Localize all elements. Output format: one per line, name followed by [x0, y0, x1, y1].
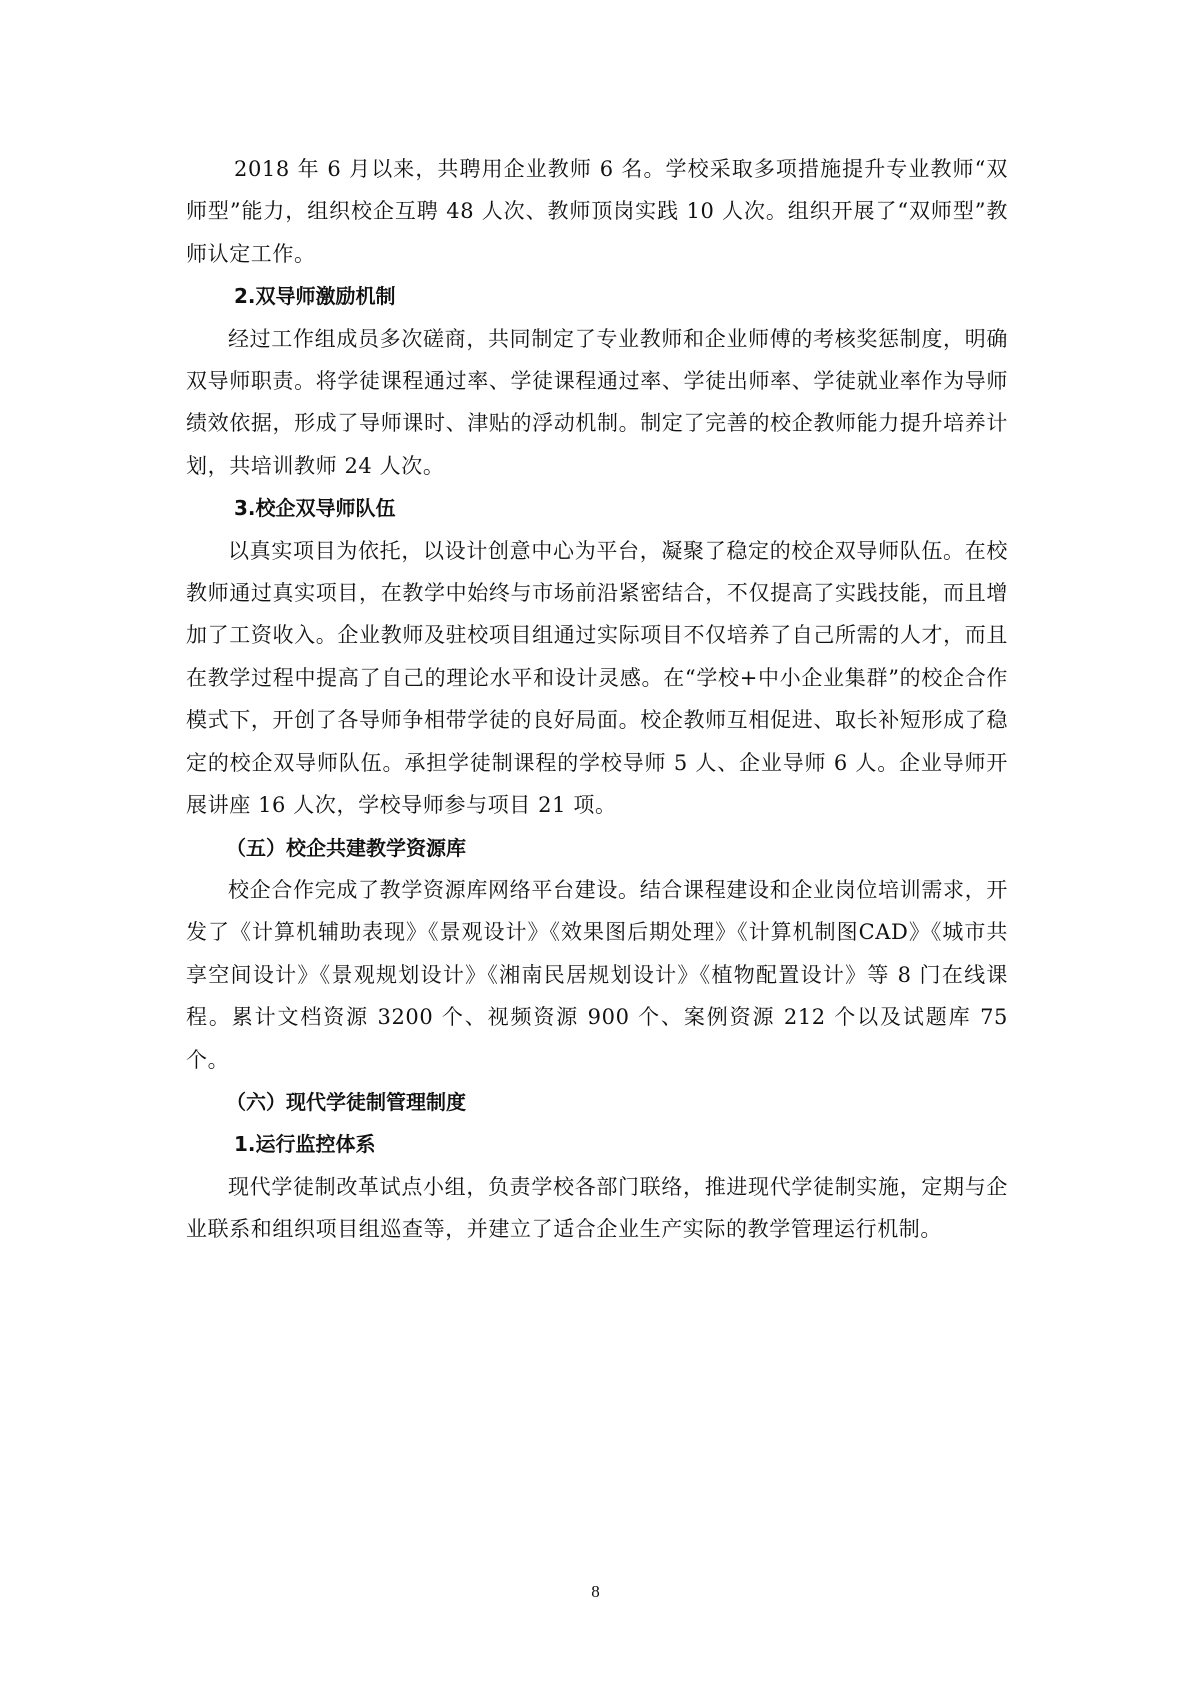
paragraph-resource-library: 校企合作完成了教学资源库网络平台建设。结合课程建设和企业岗位培训需求，开发了《计…	[186, 869, 1008, 1081]
section-heading-resource-library: （五）校企共建教学资源库	[186, 827, 1008, 869]
heading-dual-mentor-team: 3.校企双导师队伍	[186, 487, 1008, 529]
paragraph-dual-mentor-incentive: 经过工作组成员多次磋商，共同制定了专业教师和企业师傅的考核奖惩制度，明确双导师职…	[186, 318, 1008, 488]
paragraph-dual-mentor-team: 以真实项目为依托，以设计创意中心为平台，凝聚了稳定的校企双导师队伍。在校教师通过…	[186, 530, 1008, 827]
heading-monitoring-system: 1.运行监控体系	[186, 1123, 1008, 1165]
section-heading-apprenticeship-management: （六）现代学徒制管理制度	[186, 1081, 1008, 1123]
page-number: 8	[0, 1582, 1191, 1602]
heading-dual-mentor-incentive: 2.双导师激励机制	[186, 275, 1008, 317]
document-page: 2018 年 6 月以来，共聘用企业教师 6 名。学校采取多项措施提升专业教师“…	[186, 148, 1008, 1251]
paragraph-dual-teacher-hiring: 2018 年 6 月以来，共聘用企业教师 6 名。学校采取多项措施提升专业教师“…	[186, 148, 1008, 275]
paragraph-monitoring-system: 现代学徒制改革试点小组，负责学校各部门联络，推进现代学徒制实施，定期与企业联系和…	[186, 1166, 1008, 1251]
